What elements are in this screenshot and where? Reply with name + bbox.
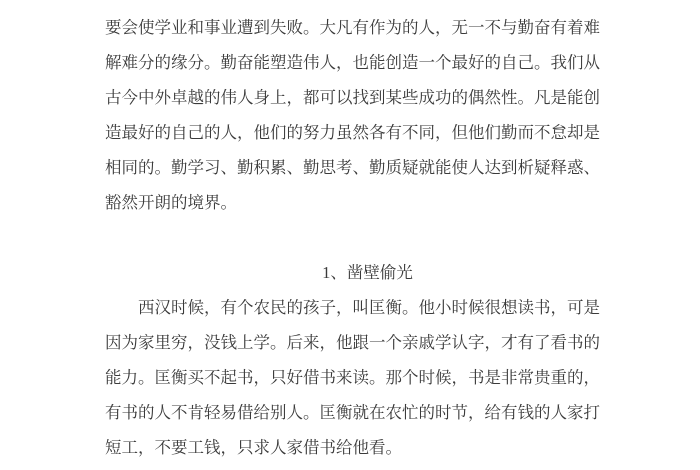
text-line: 西汉时候，有个农民的孩子，叫匡衡。他小时候很想读书，可是: [105, 290, 600, 325]
text-line: 古今中外卓越的伟人身上，都可以找到某些成功的偶然性。凡是能创: [105, 80, 600, 115]
text-line: 解难分的缘分。勤奋能塑造伟人，也能创造一个最好的自己。我们从: [105, 45, 600, 80]
text-line: 要会使学业和事业遭到失败。大凡有作为的人，无一不与勤奋有着难: [105, 10, 600, 45]
text-line: 相同的。勤学习、勤积累、勤思考、勤质疑就能使人达到析疑释惑、: [105, 150, 600, 185]
text-line: 有书的人不肯轻易借给别人。匡衡就在农忙的时节，给有钱的人家打: [105, 395, 600, 430]
text-line: 造最好的自己的人，他们的努力虽然各有不同，但他们勤而不怠却是: [105, 115, 600, 150]
section-heading: 1、凿壁偷光: [105, 255, 600, 290]
text-line: 短工，不要工钱，只求人家借书给他看。: [105, 430, 600, 465]
blank-line: [105, 220, 600, 255]
paragraph-diligence-intro: 要会使学业和事业遭到失败。大凡有作为的人，无一不与勤奋有着难解难分的缘分。勤奋能…: [105, 10, 600, 220]
document-page: 要会使学业和事业遭到失败。大凡有作为的人，无一不与勤奋有着难解难分的缘分。勤奋能…: [0, 0, 700, 470]
paragraph-kuangheng-story: 西汉时候，有个农民的孩子，叫匡衡。他小时候很想读书，可是因为家里穷，没钱上学。后…: [105, 290, 600, 465]
text-line: 豁然开朗的境界。: [105, 185, 600, 220]
text-line: 能力。匡衡买不起书，只好借书来读。那个时候，书是非常贵重的，: [105, 360, 600, 395]
text-line: 因为家里穷，没钱上学。后来，他跟一个亲戚学认字，才有了看书的: [105, 325, 600, 360]
